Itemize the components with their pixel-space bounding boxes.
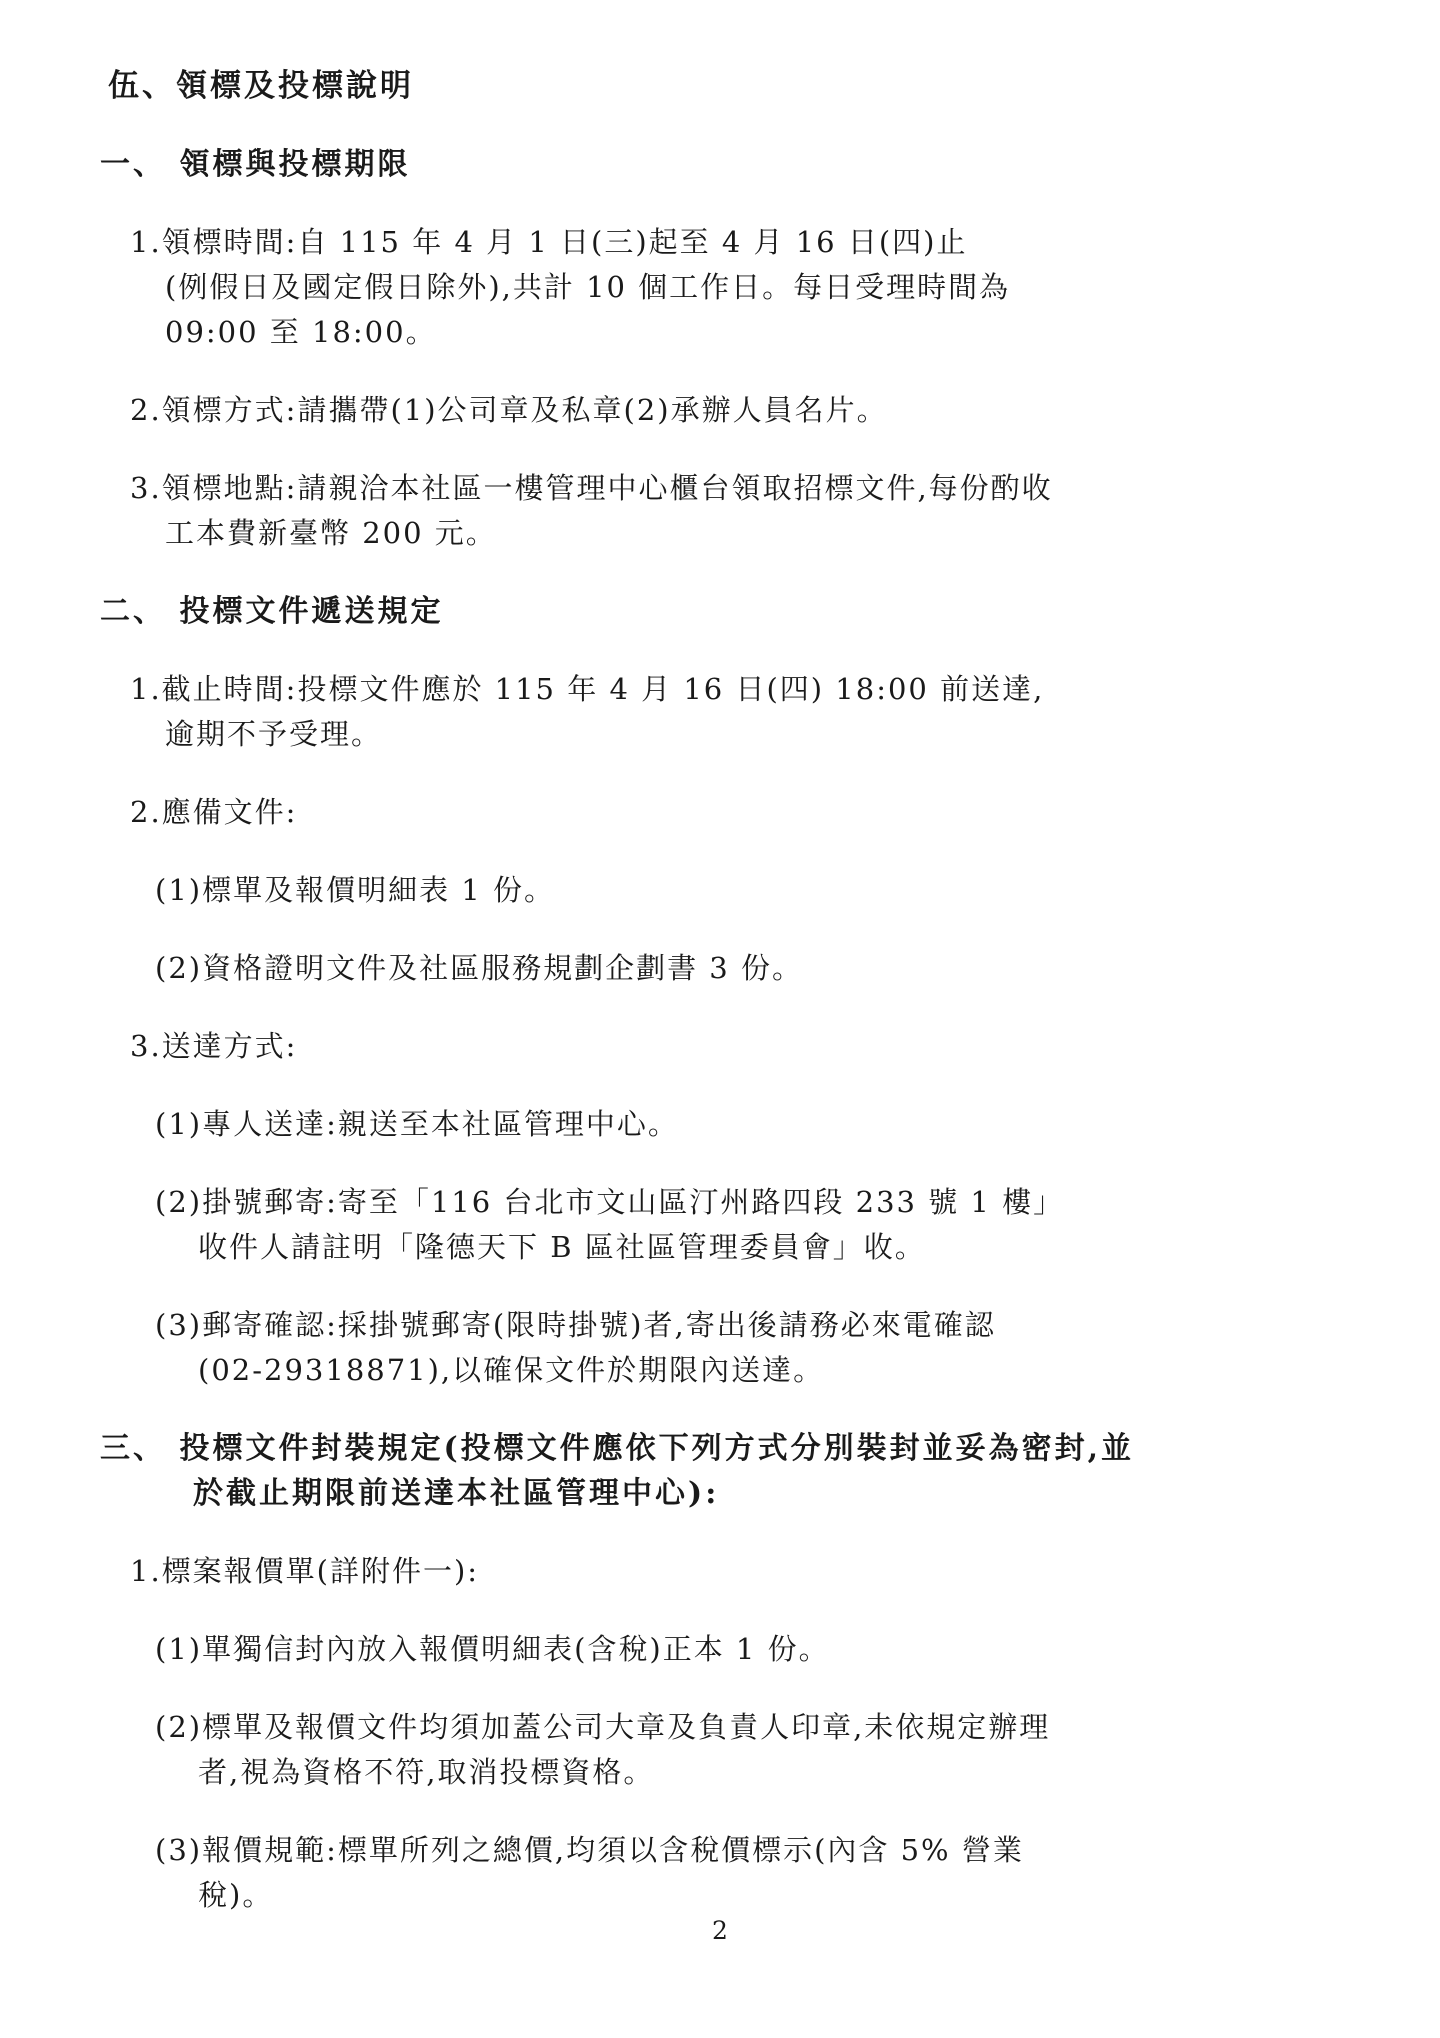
item-line: 3.領標地點:請親洽本社區一樓管理中心櫃台領取招標文件,每份酌收: [130, 466, 1440, 511]
heading-line: 於截止期限前送達本社區管理中心):: [193, 1471, 1440, 1516]
item-line: 1.領標時間:自 115 年 4 月 1 日(三)起至 4 月 16 日(四)止: [130, 220, 1440, 265]
sub-list-item: (1)專人送達:親送至本社區管理中心。: [0, 1102, 1440, 1147]
subitem-line: 者,視為資格不符,取消投標資格。: [198, 1750, 1440, 1795]
sub-list-item: (1)標單及報價明細表 1 份。: [0, 868, 1440, 913]
section-3-heading: 三、 投標文件封裝規定(投標文件應依下列方式分別裝封並妥為密封,並 於截止期限前…: [0, 1426, 1440, 1516]
list-item: 1.領標時間:自 115 年 4 月 1 日(三)起至 4 月 16 日(四)止…: [0, 220, 1440, 355]
sub-list-item: (2)資格證明文件及社區服務規劃企劃書 3 份。: [0, 946, 1440, 991]
item-line: 工本費新臺幣 200 元。: [165, 511, 1440, 556]
list-item: 2.領標方式:請攜帶(1)公司章及私章(2)承辦人員名片。: [0, 388, 1440, 433]
item-line: 09:00 至 18:00。: [165, 310, 1440, 355]
sub-list-item: (1)單獨信封內放入報價明細表(含稅)正本 1 份。: [0, 1627, 1440, 1672]
subitem-line: (2)資格證明文件及社區服務規劃企劃書 3 份。: [155, 946, 1440, 991]
subitem-line: (3)郵寄確認:採掛號郵寄(限時掛號)者,寄出後請務必來電確認: [155, 1303, 1440, 1348]
subitem-line: 稅)。: [198, 1873, 1440, 1918]
subitem-line: (02-29318871),以確保文件於期限內送達。: [198, 1348, 1440, 1393]
subitem-line: (1)標單及報價明細表 1 份。: [155, 868, 1440, 913]
subitem-line: (1)單獨信封內放入報價明細表(含稅)正本 1 份。: [155, 1627, 1440, 1672]
item-line: 1.標案報價單(詳附件一):: [130, 1549, 1440, 1594]
heading-line: 二、 投標文件遞送規定: [100, 589, 1440, 634]
sub-list-item: (3)郵寄確認:採掛號郵寄(限時掛號)者,寄出後請務必來電確認 (02-2931…: [0, 1303, 1440, 1393]
sub-list-item: (3)報價規範:標單所列之總價,均須以含稅價標示(內含 5% 營業 稅)。: [0, 1828, 1440, 1918]
item-line: 3.送達方式:: [130, 1024, 1440, 1069]
item-line: 2.領標方式:請攜帶(1)公司章及私章(2)承辦人員名片。: [130, 388, 1440, 433]
subitem-line: 收件人請註明「隆德天下 B 區社區管理委員會」收。: [198, 1225, 1440, 1270]
sub-list-item: (2)掛號郵寄:寄至「116 台北市文山區汀州路四段 233 號 1 樓」 收件…: [0, 1180, 1440, 1270]
item-line: (例假日及國定假日除外),共計 10 個工作日。每日受理時間為: [165, 265, 1440, 310]
subitem-line: (2)標單及報價文件均須加蓋公司大章及負責人印章,未依規定辦理: [155, 1705, 1440, 1750]
heading-line: 三、 投標文件封裝規定(投標文件應依下列方式分別裝封並妥為密封,並: [100, 1426, 1440, 1471]
subitem-line: (2)掛號郵寄:寄至「116 台北市文山區汀州路四段 233 號 1 樓」: [155, 1180, 1440, 1225]
list-item: 2.應備文件:: [0, 790, 1440, 835]
list-item: 1.標案報價單(詳附件一):: [0, 1549, 1440, 1594]
list-item: 1.截止時間:投標文件應於 115 年 4 月 16 日(四) 18:00 前送…: [0, 667, 1440, 757]
section-2-heading: 二、 投標文件遞送規定: [0, 589, 1440, 634]
list-item: 3.領標地點:請親洽本社區一樓管理中心櫃台領取招標文件,每份酌收 工本費新臺幣 …: [0, 466, 1440, 556]
section-1-heading: 一、 領標與投標期限: [0, 142, 1440, 187]
heading-line: 一、 領標與投標期限: [100, 142, 1440, 187]
page-number: 2: [0, 1916, 1440, 1945]
list-item: 3.送達方式:: [0, 1024, 1440, 1069]
document-page: 伍、領標及投標說明 一、 領標與投標期限 1.領標時間:自 115 年 4 月 …: [0, 0, 1440, 2038]
item-line: 2.應備文件:: [130, 790, 1440, 835]
subitem-line: (1)專人送達:親送至本社區管理中心。: [155, 1102, 1440, 1147]
sub-list-item: (2)標單及報價文件均須加蓋公司大章及負責人印章,未依規定辦理 者,視為資格不符…: [0, 1705, 1440, 1795]
subitem-line: (3)報價規範:標單所列之總價,均須以含稅價標示(內含 5% 營業: [155, 1828, 1440, 1873]
item-line: 逾期不予受理。: [165, 712, 1440, 757]
page-title: 伍、領標及投標說明: [108, 64, 1440, 109]
item-line: 1.截止時間:投標文件應於 115 年 4 月 16 日(四) 18:00 前送…: [130, 667, 1440, 712]
